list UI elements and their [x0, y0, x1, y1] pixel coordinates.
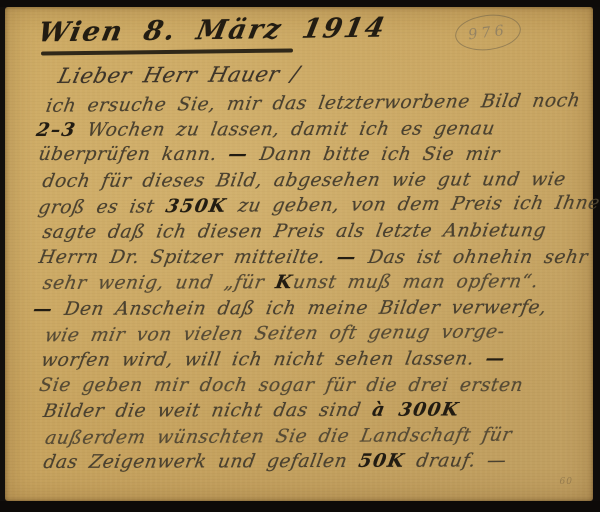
line-text: groß es ist [37, 197, 168, 219]
handwriting-line: sehr wenig, und „für Kunst muß man opfer… [41, 269, 586, 296]
line-emphasis: 350K [164, 196, 229, 218]
line-emphasis: — [484, 348, 508, 369]
handwriting-line: Sie geben mir doch sogar für die drei er… [37, 373, 586, 399]
line-text: worfen wird, will ich nicht sehen lassen… [40, 348, 488, 371]
line-text: wie mir von vielen Seiten oft genug vorg… [43, 322, 507, 347]
handwriting-line: — Den Anschein daß ich meine Bilder verw… [31, 295, 586, 323]
handwriting-line: doch für dieses Bild, abgesehen wie gut … [40, 167, 585, 194]
line-text: außerdem wünschten Sie die Landschaft fü… [43, 424, 513, 448]
line-text: ich ersuche Sie, mir das letzterworbene … [44, 90, 582, 117]
line-text: sehr wenig, und „für [41, 272, 277, 294]
line-text: überprüfen kann. [37, 144, 230, 165]
line-text: Bilder die weit nicht das sind [42, 400, 375, 422]
line-text: Den Anschein daß ich meine Bilder verwer… [51, 297, 548, 320]
line-text: Das ist ohnehin sehr [355, 247, 590, 268]
line-text: Wochen zu lassen, damit ich es genau [74, 118, 496, 140]
handwriting-line: wie mir von vielen Seiten oft genug vorg… [42, 319, 587, 349]
handwriting-line: sagte daß ich diesen Preis als letzte An… [41, 218, 586, 245]
handwriting-line: das Zeigenwerk und gefallen 50K drauf. — [41, 448, 586, 475]
archive-number: 976 [467, 22, 508, 43]
handwriting-line: ich ersuche Sie, mir das letzterworbene … [44, 88, 586, 119]
line-text: das Zeigenwerk und gefallen [42, 451, 361, 473]
letter-paper: Wien 8. März 1914 976 Lieber Herr Hauer … [5, 7, 593, 501]
line-text: sagte daß ich diesen Preis als letzte An… [41, 220, 548, 243]
salutation: Lieber Herr Hauer / [56, 62, 302, 88]
line-text: Dann bitte ich Sie mir [247, 144, 502, 165]
handwriting-line: 2–3 Wochen zu lassen, damit ich es genau [34, 116, 585, 144]
line-emphasis: 2–3 [35, 119, 78, 140]
line-emphasis: à 300K [371, 400, 462, 421]
handwriting-line: worfen wird, will ich nicht sehen lassen… [39, 346, 586, 374]
archive-number-stamp: 976 [453, 11, 523, 54]
handwriting-line: groß es ist 350K zu geben, von dem Preis… [36, 191, 586, 221]
line-text: Sie geben mir doch sogar für die drei er… [38, 375, 525, 396]
line-text: doch für dieses Bild, abgesehen wie gut … [41, 169, 568, 192]
letter-body: ich ersuche Sie, mir das letzterworbene … [38, 90, 584, 476]
photo-background: Wien 8. März 1914 976 Lieber Herr Hauer … [0, 0, 600, 512]
line-text: zu geben, von dem Preis ich Ihnen [225, 193, 600, 217]
line-emphasis: 50K [357, 451, 407, 472]
line-text: drauf. — [403, 451, 508, 472]
handwriting-line: außerdem wünschten Sie die Landschaft fü… [43, 422, 587, 451]
handwriting-line: Bilder die weit nicht das sind à 300K [41, 397, 586, 424]
handwriting-line: überprüfen kann. — Dann bitte ich Sie mi… [37, 142, 586, 168]
corner-pencil-mark: 60 [560, 477, 573, 487]
line-text: unst muß man opfern“. [291, 271, 540, 293]
dateline-underline [41, 48, 293, 55]
dateline: Wien 8. März 1914 [35, 13, 389, 49]
line-text: Herrn Dr. Spitzer mitteilte. [37, 247, 338, 268]
handwriting-line: Herrn Dr. Spitzer mitteilte. — Das ist o… [37, 245, 586, 271]
